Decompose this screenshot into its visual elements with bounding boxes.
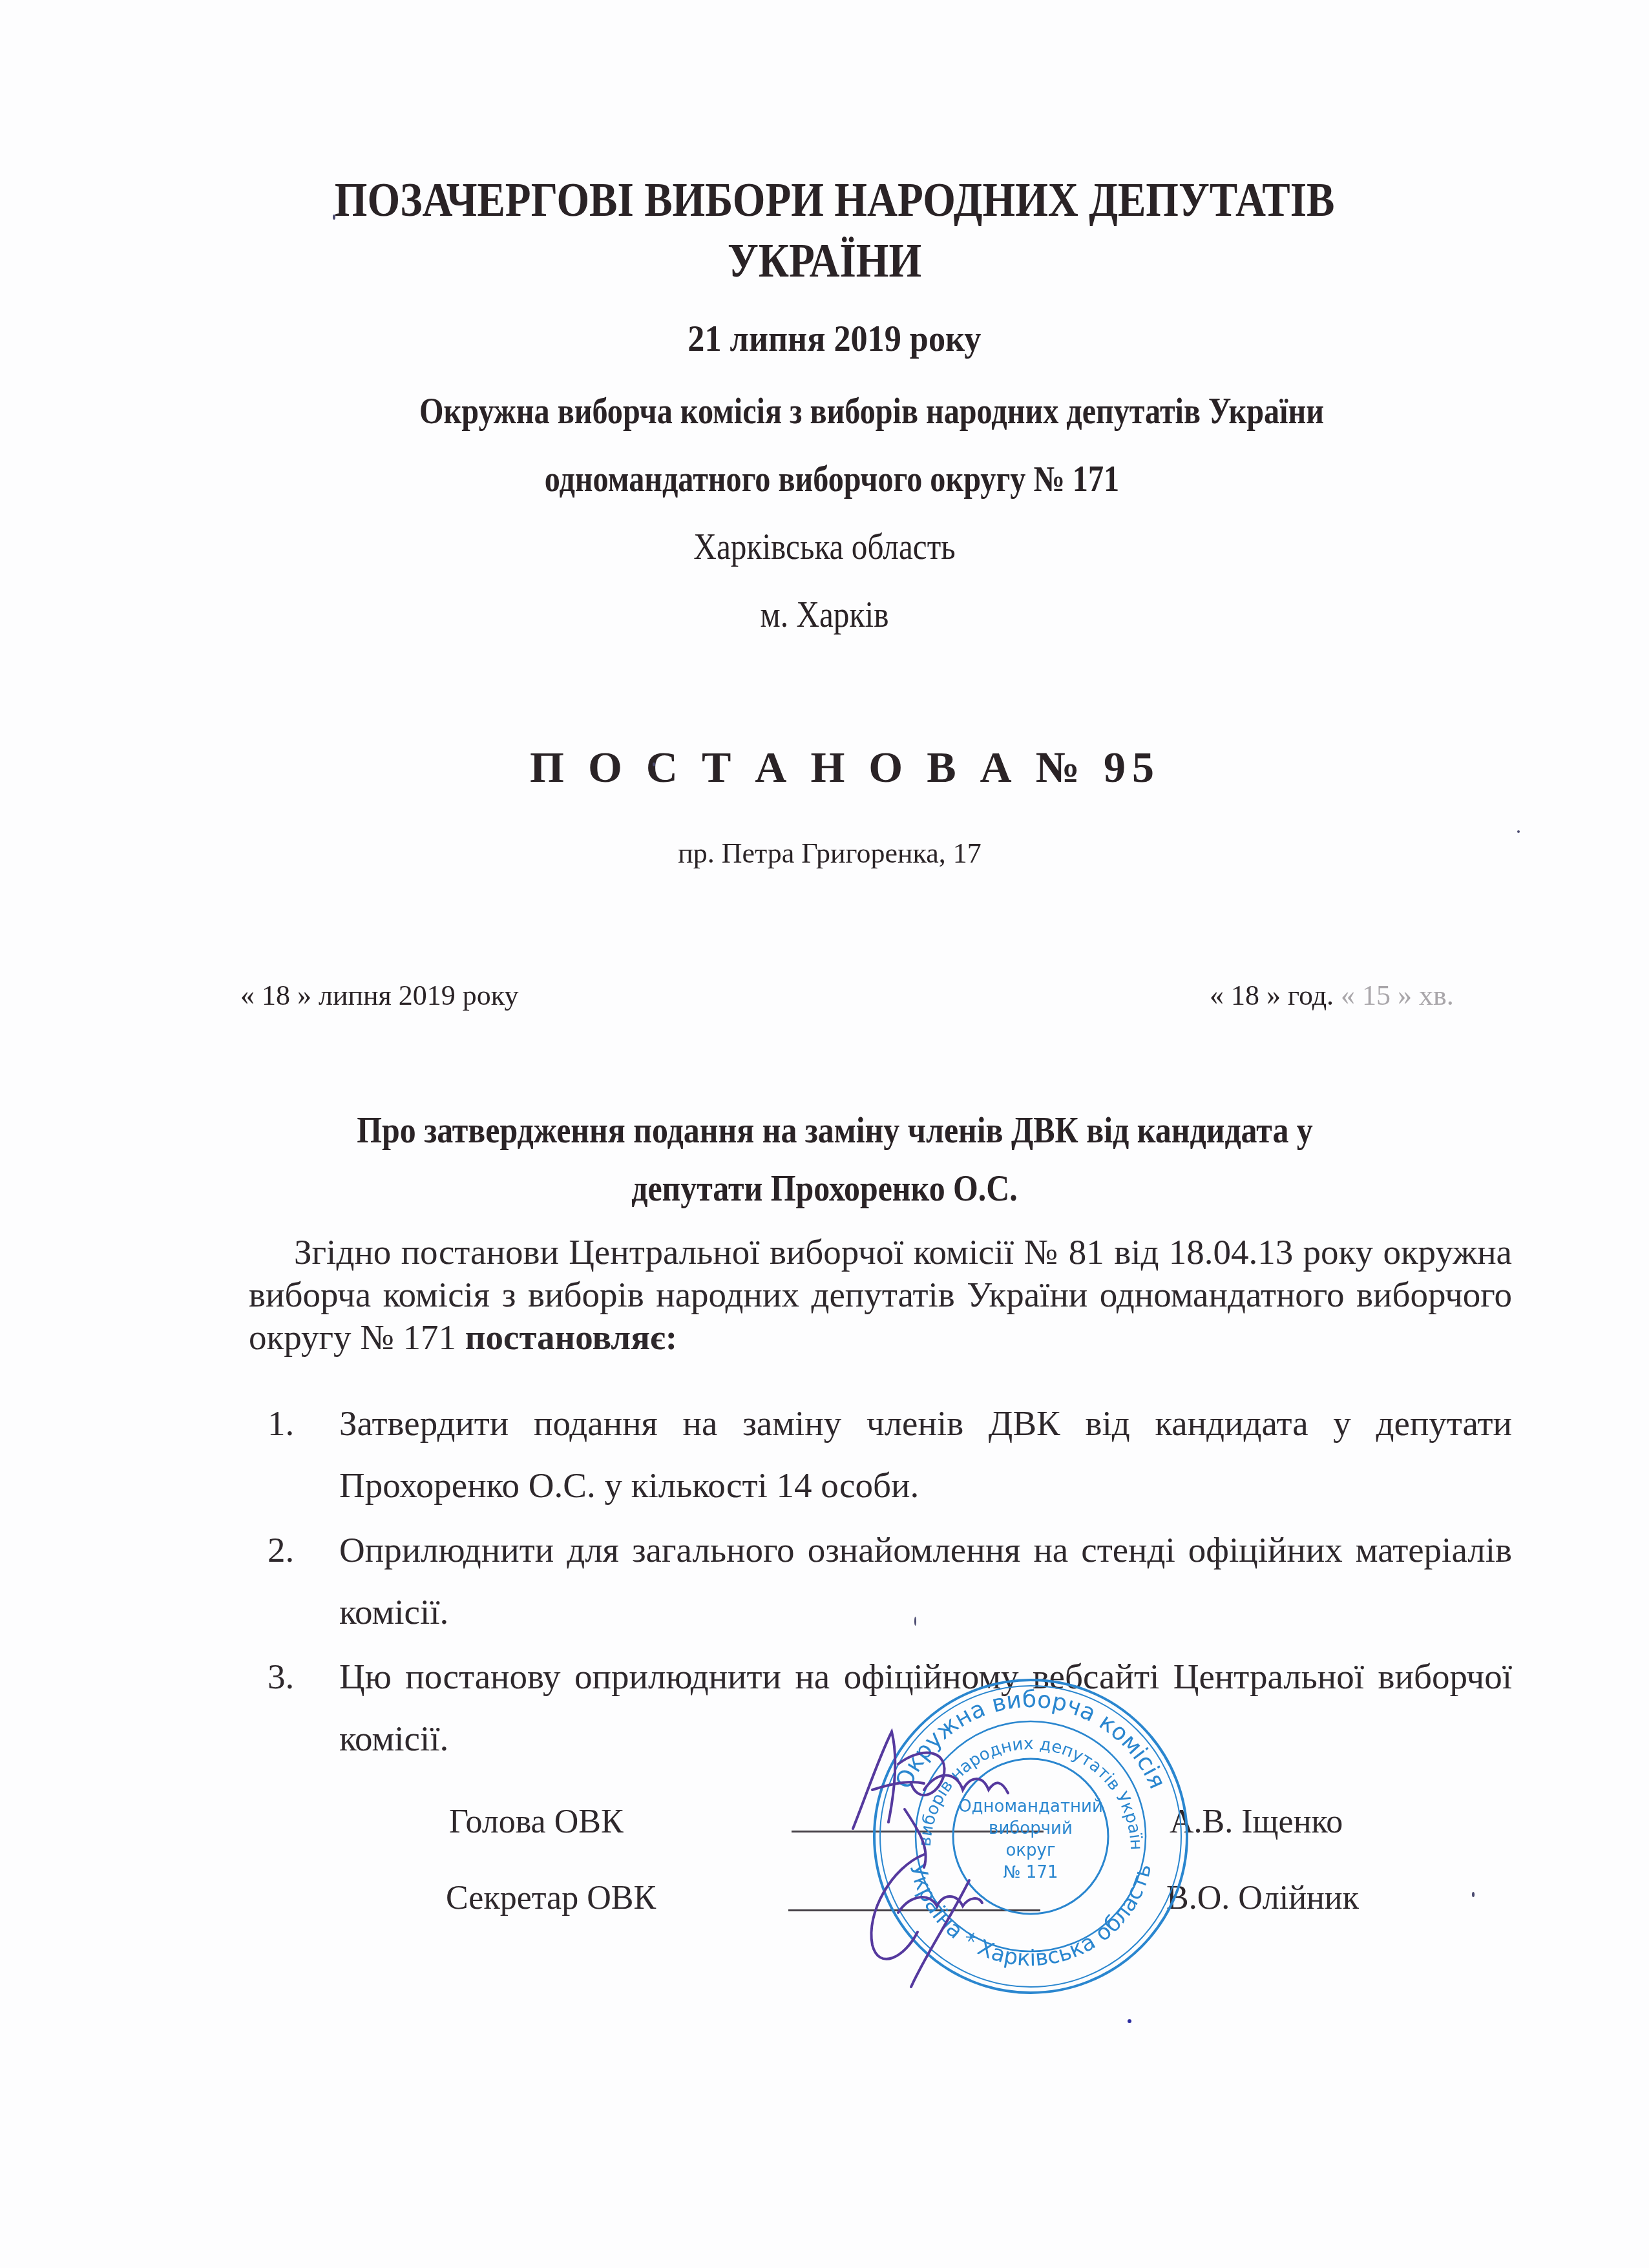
secretary-signature-icon (840, 1842, 995, 1990)
subject-heading-line2: депутати Прохоренко О.С. (116, 1166, 1534, 1210)
scan-speck (1128, 2019, 1131, 2023)
resolution-time: « 18 » год. « 15 » хв. (1210, 979, 1454, 1012)
commission-name-line1: Окружна виборча комісія з виборів народн… (163, 391, 1581, 432)
scan-speck (653, 762, 655, 766)
resolves-keyword: постановляє: (465, 1318, 677, 1357)
resolution-title: П О С Т А Н О В А № 95 (21, 742, 1649, 793)
decision-number: 1. (268, 1392, 294, 1454)
chair-role: Голова ОВК (449, 1803, 624, 1841)
secretary-name: В.О. Олійник (1166, 1879, 1359, 1917)
region-name: Харківська область (99, 527, 1550, 568)
preamble-text: Згідно постанови Центральної виборчої ко… (249, 1232, 1512, 1357)
document-title-line2: УКРАЇНИ (99, 234, 1550, 289)
election-date: 21 липня 2019 року (92, 317, 1577, 360)
commission-name-line2: одномандатного виборчого округу № 171 (123, 459, 1541, 500)
decision-text: Затвердити подання на заміну членів ДВК … (339, 1403, 1512, 1505)
resolution-time-hours: « 18 » год. (1210, 980, 1334, 1011)
scan-speck (1517, 830, 1520, 833)
decision-text: Оприлюднити для загального ознайомлення … (339, 1530, 1512, 1632)
chair-name: А.В. Іщенко (1170, 1803, 1343, 1841)
document-page: ПОЗАЧЕРГОВІ ВИБОРИ НАРОДНИХ ДЕПУТАТІВ УК… (0, 0, 1649, 2268)
subject-heading-line1: Про затвердження подання на заміну члені… (126, 1108, 1544, 1151)
decision-item: 2. Оприлюднити для загального ознайомлен… (258, 1519, 1512, 1643)
decision-number: 3. (268, 1646, 294, 1708)
preamble-paragraph: Згідно постанови Центральної виборчої ко… (249, 1231, 1512, 1359)
scan-speck (914, 1617, 916, 1626)
secretary-role: Секретар ОВК (446, 1879, 656, 1917)
scan-speck (333, 215, 335, 220)
city-name: м. Харків (99, 594, 1550, 636)
resolution-address: пр. Петра Григоренка, 17 (5, 837, 1649, 870)
resolution-time-minutes: « 15 » хв. (1334, 980, 1454, 1011)
decision-item: 1. Затвердити подання на заміну членів Д… (258, 1392, 1512, 1517)
scan-speck (1472, 1892, 1475, 1897)
decision-number: 2. (268, 1519, 294, 1581)
document-title-line1: ПОЗАЧЕРГОВІ ВИБОРИ НАРОДНИХ ДЕПУТАТІВ (109, 173, 1560, 228)
resolution-date: « 18 » липня 2019 року (240, 979, 519, 1012)
